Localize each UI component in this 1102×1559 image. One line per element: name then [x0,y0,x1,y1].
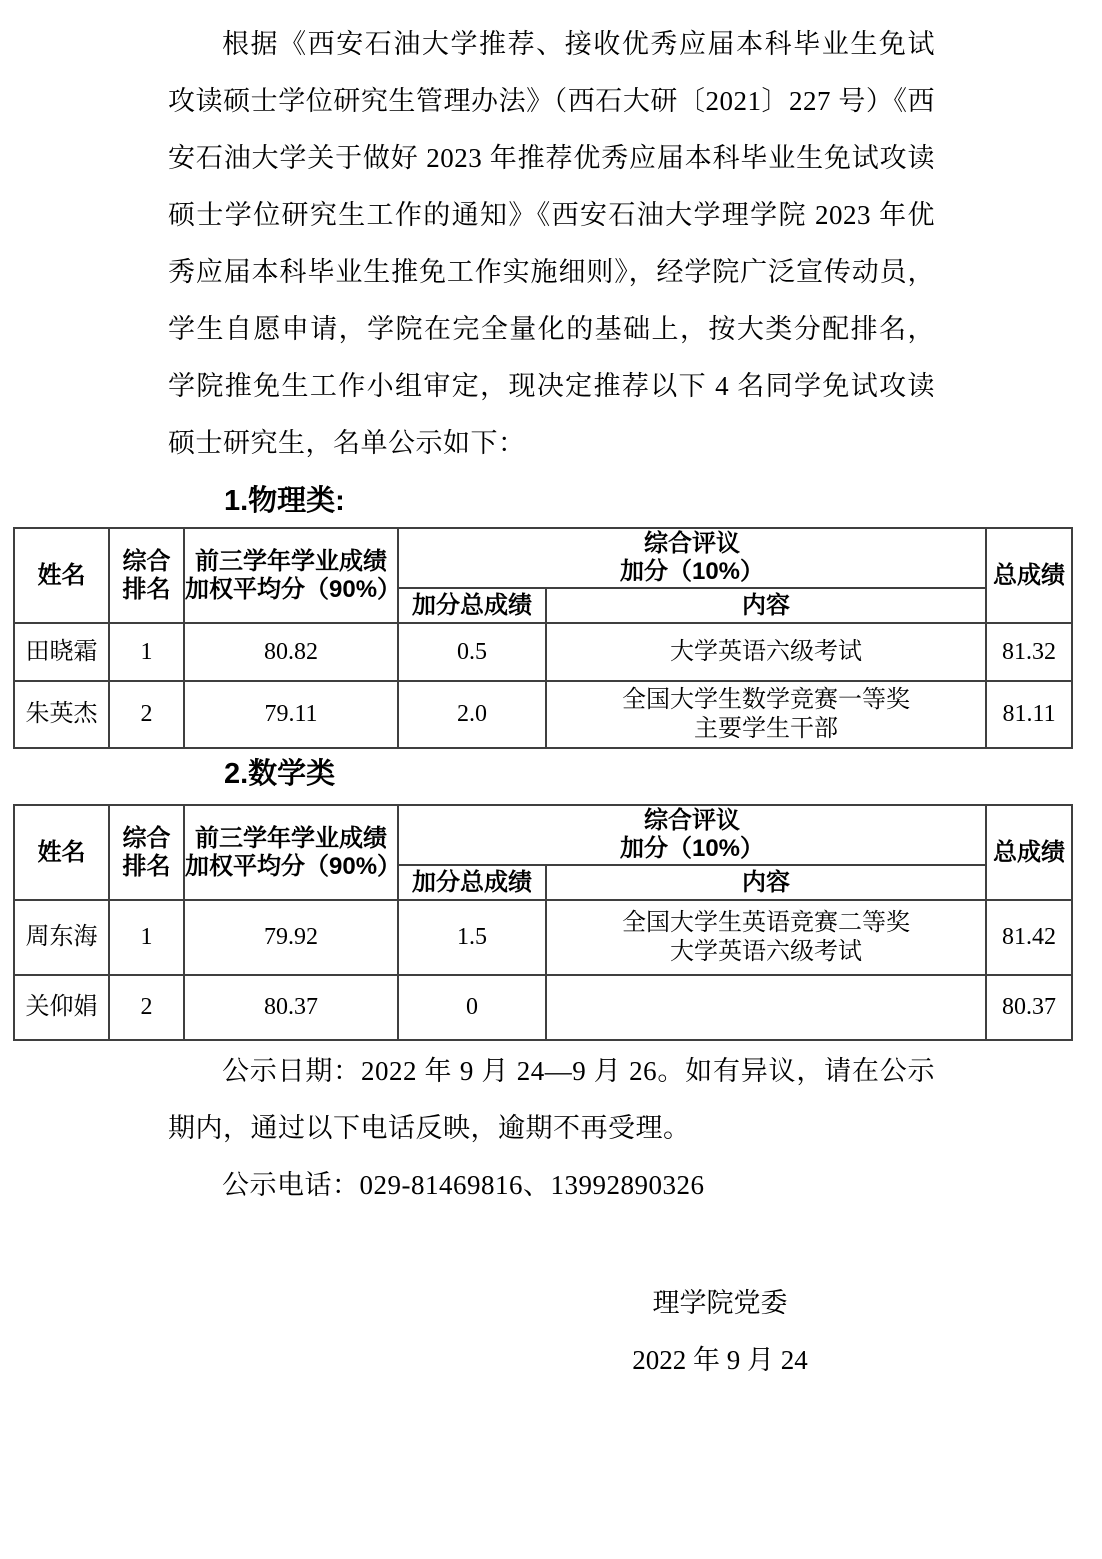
cell-total: 80.37 [986,975,1072,1040]
col-header-gpa-line1: 前三学年学业成绩 [185,825,397,853]
col-header-content: 内容 [546,588,986,623]
cell-total: 81.11 [986,681,1072,748]
cell-name: 朱英杰 [14,681,109,748]
cell-content-line: 全国大学生数学竞赛一等奖 [547,686,985,715]
col-header-rank-line2: 排名 [110,853,183,881]
cell-content: 大学英语六级考试 [546,623,986,681]
col-header-gpa-line2: 加权平均分（90%） [185,576,397,604]
publicity-phone-paragraph: 公示电话：029-81469816、13992890326 [168,1157,935,1214]
col-header-gpa-line2: 加权平均分（90%） [185,853,397,881]
cell-rank: 2 [109,681,184,748]
col-header-bonus: 加分总成绩 [398,865,546,900]
cell-content [546,975,986,1040]
document-page: 根据《西安石油大学推荐、接收优秀应届本科毕业生免试攻读硕士学位研究生管理办法》（… [0,0,1102,1559]
col-header-bonus: 加分总成绩 [398,588,546,623]
col-header-rank-line1: 综合 [110,825,183,853]
cell-rank: 1 [109,623,184,681]
col-header-review: 综合评议 加分（10%） [398,805,986,865]
col-header-rank: 综合 排名 [109,805,184,900]
signature-date: 2022 年 9 月 24 [580,1332,860,1389]
table-row: 田晓霜 1 80.82 0.5 大学英语六级考试 81.32 [14,623,1072,681]
cell-content-line: 全国大学生英语竞赛二等奖 [547,909,985,938]
signature-block: 理学院党委 2022 年 9 月 24 [580,1275,860,1389]
physics-header-row-1: 姓名 综合 排名 前三学年学业成绩 加权平均分（90%） 综合评议 加分（10%… [14,528,1072,588]
cell-content-line: 大学英语六级考试 [547,938,985,967]
col-header-total: 总成绩 [986,805,1072,900]
table-row: 朱英杰 2 79.11 2.0 全国大学生数学竞赛一等奖 主要学生干部 81.1… [14,681,1072,748]
intro-paragraph: 根据《西安石油大学推荐、接收优秀应届本科毕业生免试攻读硕士学位研究生管理办法》（… [168,0,935,472]
cell-gpa: 80.82 [184,623,398,681]
cell-content: 全国大学生数学竞赛一等奖 主要学生干部 [546,681,986,748]
cell-rank: 1 [109,900,184,975]
cell-gpa: 79.11 [184,681,398,748]
cell-total: 81.32 [986,623,1072,681]
col-header-name: 姓名 [14,528,109,623]
cell-content-line: 大学英语六级考试 [547,638,985,667]
cell-gpa: 79.92 [184,900,398,975]
col-header-content: 内容 [546,865,986,900]
col-header-rank-line1: 综合 [110,548,183,576]
physics-table: 姓名 综合 排名 前三学年学业成绩 加权平均分（90%） 综合评议 加分（10%… [13,527,1073,749]
col-header-name: 姓名 [14,805,109,900]
cell-total: 81.42 [986,900,1072,975]
math-header-row-1: 姓名 综合 排名 前三学年学业成绩 加权平均分（90%） 综合评议 加分（10%… [14,805,1072,865]
col-header-total: 总成绩 [986,528,1072,623]
col-header-review-line1: 综合评议 [399,530,985,558]
table-row: 关仰娟 2 80.37 0 80.37 [14,975,1072,1040]
col-header-rank-line2: 排名 [110,576,183,604]
cell-bonus: 1.5 [398,900,546,975]
col-header-rank: 综合 排名 [109,528,184,623]
cell-bonus: 0 [398,975,546,1040]
cell-content-line: 主要学生干部 [547,715,985,744]
col-header-review-line1: 综合评议 [399,807,985,835]
col-header-review-line2: 加分（10%） [399,558,985,586]
math-table: 姓名 综合 排名 前三学年学业成绩 加权平均分（90%） 综合评议 加分（10%… [13,804,1073,1041]
cell-name: 关仰娟 [14,975,109,1040]
col-header-review-line2: 加分（10%） [399,835,985,863]
publicity-date-paragraph: 公示日期：2022 年 9 月 24—9 月 26。如有异议，请在公示期内，通过… [168,1043,935,1157]
cell-rank: 2 [109,975,184,1040]
cell-bonus: 2.0 [398,681,546,748]
signer-name: 理学院党委 [580,1275,860,1332]
col-header-gpa-line1: 前三学年学业成绩 [185,548,397,576]
col-header-gpa: 前三学年学业成绩 加权平均分（90%） [184,805,398,900]
cell-name: 田晓霜 [14,623,109,681]
section-heading-math: 2.数学类 [224,753,1102,795]
col-header-gpa: 前三学年学业成绩 加权平均分（90%） [184,528,398,623]
cell-bonus: 0.5 [398,623,546,681]
col-header-review: 综合评议 加分（10%） [398,528,986,588]
table-row: 周东海 1 79.92 1.5 全国大学生英语竞赛二等奖 大学英语六级考试 81… [14,900,1072,975]
section-heading-physics: 1.物理类: [224,480,1102,522]
cell-name: 周东海 [14,900,109,975]
cell-content: 全国大学生英语竞赛二等奖 大学英语六级考试 [546,900,986,975]
cell-gpa: 80.37 [184,975,398,1040]
